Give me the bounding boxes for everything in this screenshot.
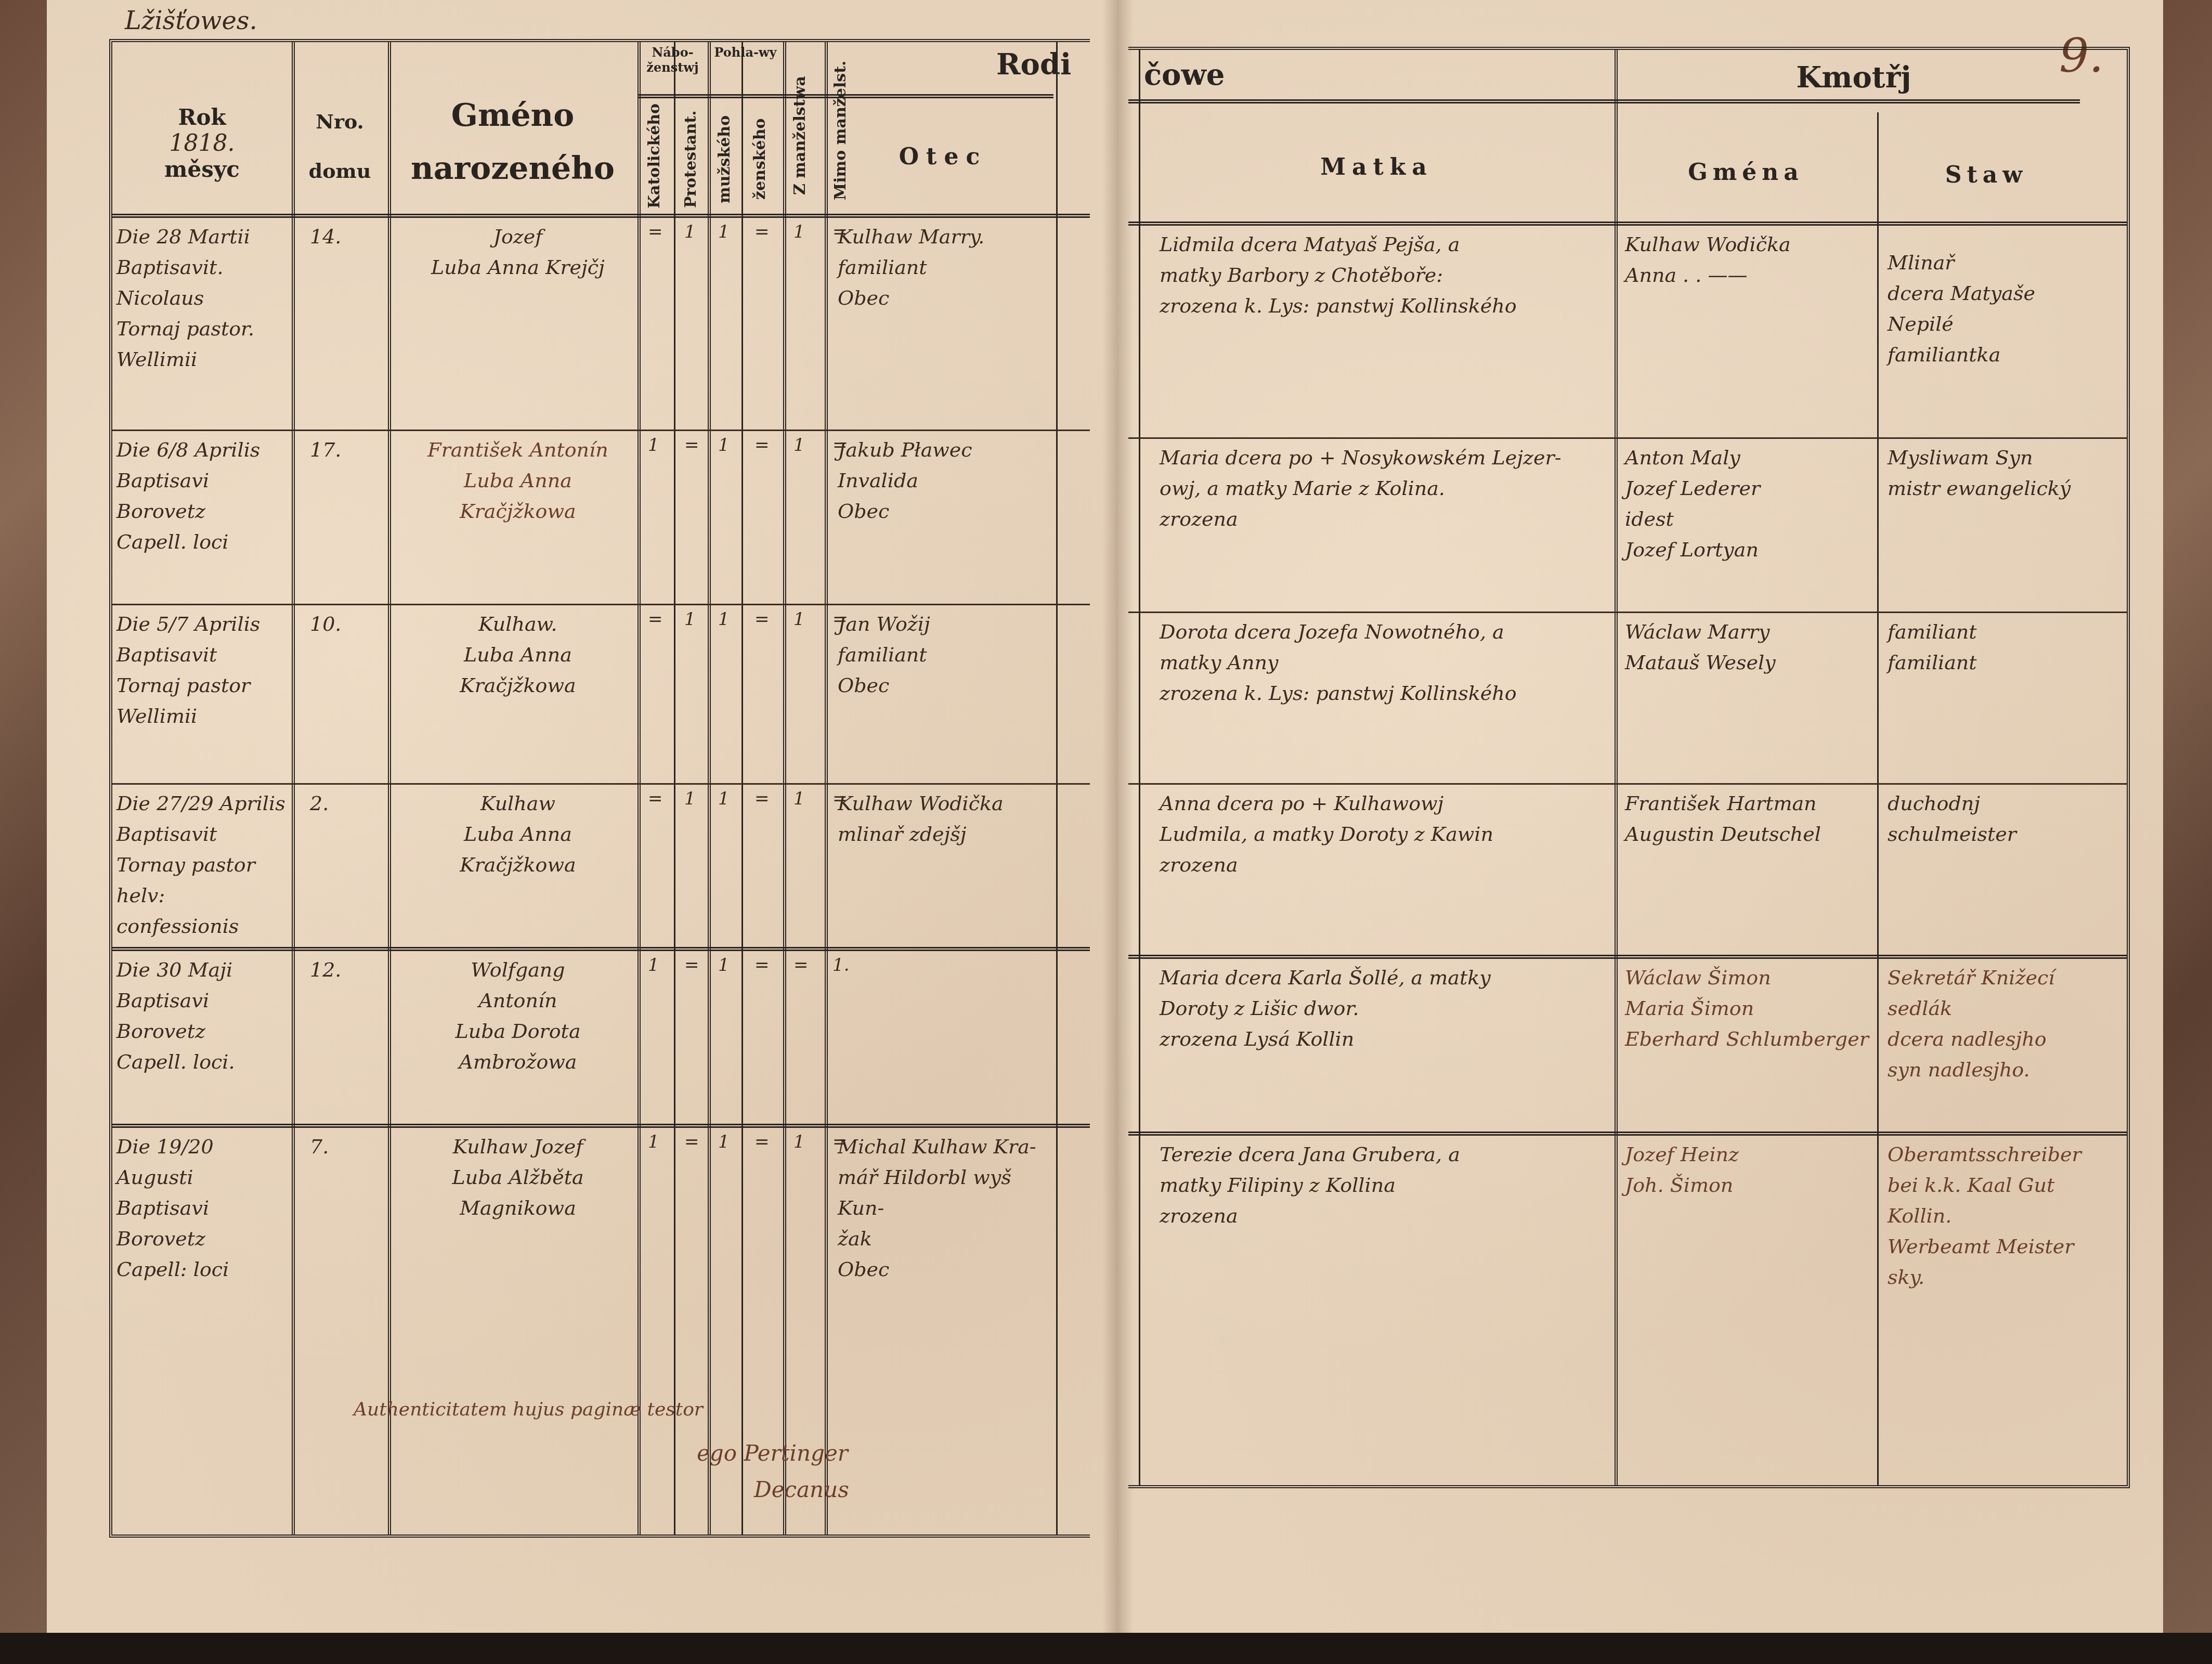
entry-2-godparents: Anton Maly Jozef Lederer idest Jozef Lor… xyxy=(1625,443,1869,565)
entry-6-house: 7. xyxy=(310,1132,329,1162)
register-table-left: Rok 1818. měsyc Nro. domu Gméno narozené… xyxy=(109,39,1090,1538)
col-divider xyxy=(1615,50,1618,1485)
mark-legitimate: 1 xyxy=(793,222,805,242)
header-catholic: Katolického xyxy=(645,110,663,209)
entry-3-date: Die 5/7 Aprilis Baptisavit Tornaj pastor… xyxy=(116,609,288,732)
entry-1-date: Die 28 Martii Baptisavit. Nicolaus Torna… xyxy=(116,222,288,374)
col-divider xyxy=(708,42,711,1535)
mark-male: 1 xyxy=(718,955,730,976)
mark-female: = xyxy=(754,222,770,242)
entry-1-godparents: Kulhaw Wodička Anna . . —— xyxy=(1625,229,1869,291)
header-mother: Matka xyxy=(1139,154,1615,180)
mark-catholic: 1 xyxy=(648,1132,659,1152)
row-rule xyxy=(112,783,1090,785)
mark-legitimate: = xyxy=(793,955,809,976)
header-name: Gméno narozeného xyxy=(388,89,637,195)
col-divider xyxy=(674,42,675,1535)
header-house-number: Nro. domu xyxy=(292,110,388,183)
col-divider xyxy=(1877,112,1879,1485)
header-godparent-status: Staw xyxy=(1877,162,2096,188)
col-divider xyxy=(1056,42,1058,1535)
row-rule xyxy=(112,1124,1090,1128)
header-parents-right: čowe xyxy=(1144,58,1225,92)
entry-5-status: Sekretář Knižecí sedlák dcera nadlesjho … xyxy=(1888,963,2096,1085)
mark-protestant: = xyxy=(684,1132,699,1152)
entry-1-mother: Lidmila dcera Matyaš Pejša, a matky Barb… xyxy=(1160,229,1607,321)
col-divider xyxy=(637,42,641,1535)
mark-male: 1 xyxy=(718,435,730,456)
mark-protestant: = xyxy=(684,955,699,976)
mark-female: = xyxy=(754,955,770,976)
entry-2-father: Jakub Pławec Invalida Obec xyxy=(838,435,1051,527)
col-divider xyxy=(1139,50,1140,1485)
header-father: Otec xyxy=(830,144,1056,170)
mark-illegitimate: = xyxy=(832,788,848,809)
entry-4-status: duchodnj schulmeister xyxy=(1888,788,2096,850)
entry-5-name: Wolfgang Antonín Luba Dorota Ambrožowa xyxy=(404,955,632,1077)
mark-female: = xyxy=(754,435,770,456)
mark-legitimate: 1 xyxy=(793,788,805,809)
entry-5-mother: Maria dcera Karla Šollé, a matky Doroty … xyxy=(1160,963,1607,1055)
row-rule xyxy=(1128,1132,2127,1136)
entry-4-name: Kulhaw Luba Anna Kračjžkowa xyxy=(404,788,632,880)
mark-catholic: = xyxy=(648,609,663,630)
header-male: mužského xyxy=(715,110,734,209)
entry-5-house: 12. xyxy=(310,955,341,985)
row-rule xyxy=(1128,955,2127,959)
col-divider xyxy=(825,42,828,1535)
entry-6-name: Kulhaw Jozef Luba Alžběta Magnikowa xyxy=(404,1132,632,1224)
header-rule xyxy=(1128,222,2127,226)
mark-illegitimate: = xyxy=(832,222,848,242)
register-table-right: čowe Kmotřj Matka Gména Staw Lidmila dce… xyxy=(1128,47,2130,1488)
mark-female: = xyxy=(754,788,770,809)
entry-3-house: 10. xyxy=(310,609,341,640)
mark-legitimate: 1 xyxy=(793,1132,805,1152)
entry-6-date: Die 19/20 Augusti Baptisavi Borovetz Cap… xyxy=(116,1132,288,1284)
entry-1-house: 14. xyxy=(310,222,341,252)
entry-1-status: Mlinař dcera Matyaše Nepilé familiantka xyxy=(1888,248,2096,370)
entry-6-godparents: Jozef Heinz Joh. Šimon xyxy=(1625,1139,1869,1201)
col-divider xyxy=(388,42,391,1535)
mark-female: = xyxy=(754,609,770,630)
mark-illegitimate: = xyxy=(832,609,848,630)
mark-catholic: 1 xyxy=(648,955,659,976)
subheader-rule xyxy=(1128,99,2080,103)
mark-catholic: = xyxy=(648,222,663,242)
entry-2-house: 17. xyxy=(310,435,341,465)
entry-5-date: Die 30 Maji Baptisavi Borovetz Capell. l… xyxy=(116,955,288,1077)
row-rule xyxy=(112,604,1090,605)
header-godparents: Kmotřj xyxy=(1615,60,2093,95)
entry-3-status: familiant familiant xyxy=(1888,617,2096,678)
entry-3-godparents: Wáclaw Marry Matauš Wesely xyxy=(1625,617,1869,678)
entry-4-house: 2. xyxy=(310,788,329,819)
entry-2-status: Mysliwam Syn mistr ewangelický xyxy=(1888,443,2096,504)
col-divider xyxy=(741,42,743,1535)
mark-protestant: = xyxy=(684,435,699,456)
header-parents-left: Rodi xyxy=(996,47,1071,82)
place-note: Lžišťowes. xyxy=(125,6,257,35)
header-legitimate: Z manželstwa xyxy=(791,63,809,209)
row-rule xyxy=(1128,783,2127,785)
mark-protestant: 1 xyxy=(684,222,696,242)
mark-catholic: 1 xyxy=(648,435,659,456)
header-godparent-names: Gména xyxy=(1615,159,1877,186)
mark-illegitimate: 1. xyxy=(832,955,849,976)
entry-2-mother: Maria dcera po + Nosykowském Lejzer- owj… xyxy=(1160,443,1607,535)
entry-1-name: Jozef Luba Anna Krejčj xyxy=(404,222,632,283)
header-female: ženského xyxy=(751,110,769,209)
mark-male: 1 xyxy=(718,609,730,630)
entry-6-father: Michal Kulhaw Kra- mář Hildorbl wyš Kun-… xyxy=(838,1132,1051,1284)
signature-name: ego Pertinger xyxy=(697,1440,848,1466)
mark-protestant: 1 xyxy=(684,609,696,630)
row-rule xyxy=(112,430,1090,431)
header-illegitimate: Mimo manželst. xyxy=(831,53,850,209)
row-rule xyxy=(1128,612,2127,613)
header-religion: Nábo-ženstwj xyxy=(637,45,708,75)
row-rule xyxy=(112,947,1090,951)
col-divider xyxy=(292,42,295,1535)
mark-legitimate: 1 xyxy=(793,609,805,630)
entry-3-father: Jan Wožij familiant Obec xyxy=(838,609,1051,701)
col-divider xyxy=(783,42,786,1535)
entry-6-mother: Terezie dcera Jana Grubera, a matky Fili… xyxy=(1160,1139,1607,1231)
mark-protestant: 1 xyxy=(684,788,696,809)
entry-3-mother: Dorota dcera Jozefa Nowotného, a matky A… xyxy=(1160,617,1607,709)
mark-male: 1 xyxy=(718,1132,730,1152)
signature-title: Decanus xyxy=(754,1477,849,1502)
year-value: 1818. xyxy=(112,130,292,157)
entry-4-godparents: František Hartman Augustin Deutschel xyxy=(1625,788,1869,850)
header-rule xyxy=(112,214,1090,218)
mark-catholic: = xyxy=(648,788,663,809)
mark-male: 1 xyxy=(718,222,730,242)
header-rok: Rok 1818. měsyc xyxy=(112,105,292,182)
book-bottom-edge xyxy=(0,1633,2212,1664)
entry-6-status: Oberamtsschreiber bei k.k. Kaal Gut Koll… xyxy=(1888,1139,2096,1292)
entry-3-name: Kulhaw. Luba Anna Kračjžkowa xyxy=(404,609,632,701)
entry-2-name: František Antonín Luba Anna Kračjžkowa xyxy=(404,435,632,527)
mark-illegitimate: = xyxy=(832,435,848,456)
mark-male: 1 xyxy=(718,788,730,809)
header-sex: Pohla-wy xyxy=(708,45,783,60)
header-protestant: Protestant. xyxy=(682,110,700,209)
entry-2-date: Die 6/8 Aprilis Baptisavi Borovetz Capel… xyxy=(116,435,288,557)
row-rule xyxy=(1128,437,2127,439)
attestation-text: Authenticitatem hujus paginæ testor xyxy=(354,1399,703,1420)
entry-5-godparents: Wáclaw Šimon Maria Šimon Eberhard Schlum… xyxy=(1625,963,1869,1055)
entry-1-father: Kulhaw Marry. familiant Obec xyxy=(838,222,1051,314)
entry-4-date: Die 27/29 Aprilis Baptisavit Tornay past… xyxy=(116,788,288,941)
mark-illegitimate: = xyxy=(832,1132,848,1152)
mark-female: = xyxy=(754,1132,770,1152)
entry-4-father: Kulhaw Wodička mlinař zdejšj xyxy=(838,788,1051,850)
mark-legitimate: 1 xyxy=(793,435,805,456)
entry-4-mother: Anna dcera po + Kulhawowj Ludmila, a mat… xyxy=(1160,788,1607,880)
